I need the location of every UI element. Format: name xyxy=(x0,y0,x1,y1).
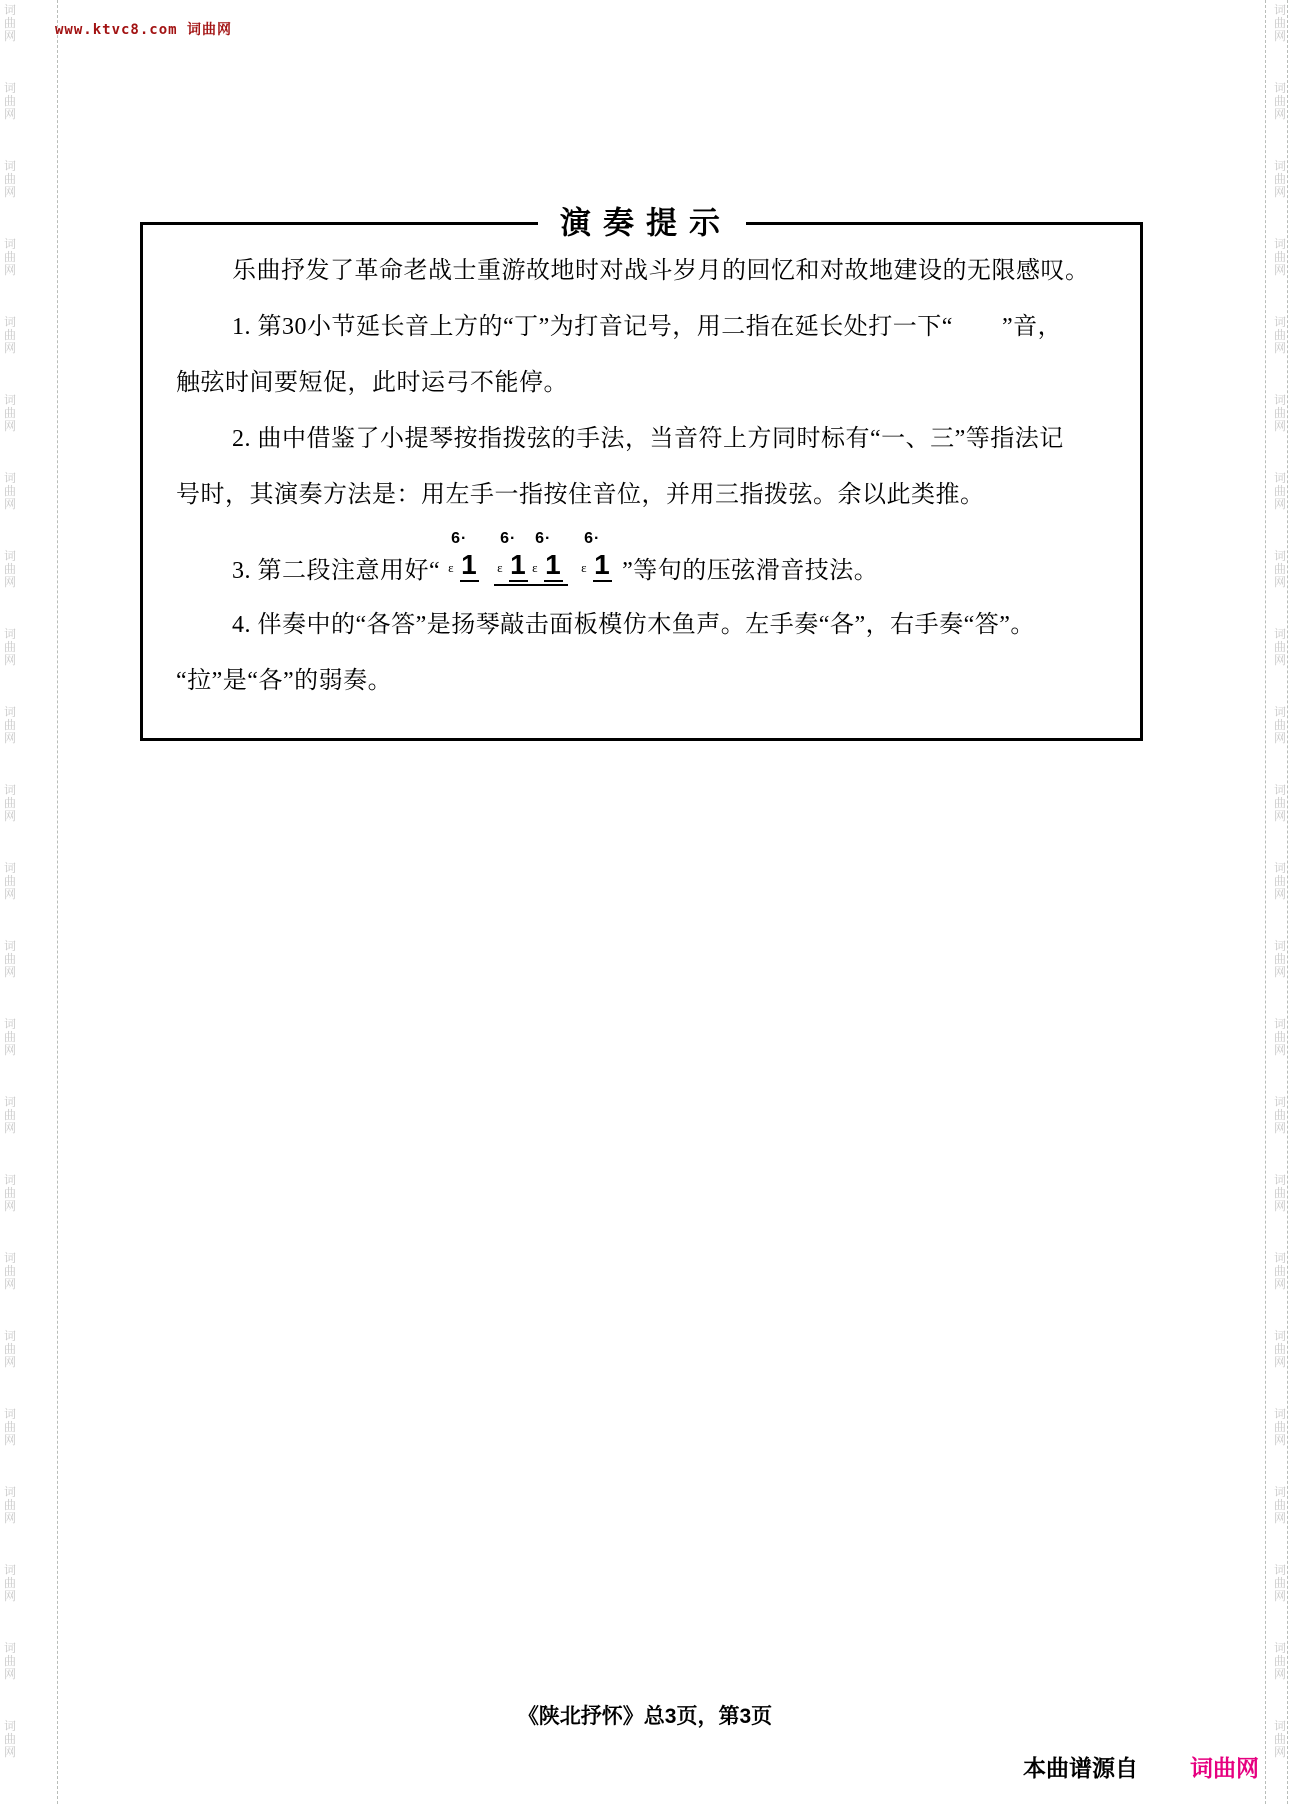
watermark-group: 词曲网 xyxy=(1272,862,1288,901)
tips-item1-line1: 1. 第30小节延长音上方的“丁”为打音记号，用二指在延长处打一下“ ”音， xyxy=(232,306,1062,341)
watermark-group: 词曲网 xyxy=(1272,628,1288,667)
tips-title: 演奏提示 xyxy=(538,198,746,243)
tips-item3-line: 3. 第二段注意用好“ 6·ɛ16·ɛ16·ɛ16·ɛ1 ”等句的压弦滑音技法。 xyxy=(232,528,878,592)
watermark-group: 词曲网 xyxy=(2,160,18,199)
watermark-group: 词曲网 xyxy=(1272,1252,1288,1291)
site-url-link[interactable]: www.ktvc8.com 词曲网 xyxy=(55,19,232,39)
note-unit: 6·ɛ1 xyxy=(531,530,566,582)
tips-item4-line1: 4. 伴奏中的“各答”是扬琴敲击面板模仿木鱼声。左手奏“各”，右手奏“答”。 xyxy=(232,604,1035,639)
watermark-group: 词曲网 xyxy=(2,784,18,823)
jianpu-notation: 6·ɛ16·ɛ16·ɛ16·ɛ1 xyxy=(440,533,622,592)
watermark-group: 词曲网 xyxy=(1272,82,1288,121)
watermark-group: 词曲网 xyxy=(2,1018,18,1057)
sheet-music-tips-page: 词曲网词曲网词曲网词曲网词曲网词曲网词曲网词曲网词曲网词曲网词曲网词曲网词曲网词… xyxy=(0,0,1290,1804)
watermark-group: 词曲网 xyxy=(1272,940,1288,979)
tips-intro-line: 乐曲抒发了革命老战士重游故地时对战斗岁月的回忆和对故地建设的无限感叹。 xyxy=(232,250,1090,285)
watermark-group: 词曲网 xyxy=(1272,784,1288,823)
watermark-group: 词曲网 xyxy=(1272,1330,1288,1369)
tips-item4-line2: “拉”是“各”的弱奏。 xyxy=(176,660,392,695)
left-margin-dashed-line xyxy=(57,0,58,1804)
right-margin-dashed-line xyxy=(1265,0,1266,1804)
watermark-group: 词曲网 xyxy=(2,1642,18,1681)
watermark-group: 词曲网 xyxy=(2,472,18,511)
watermark-group: 词曲网 xyxy=(1272,238,1288,277)
note-group: 6·ɛ16·ɛ1 xyxy=(494,530,568,586)
tips-item3-prefix: 3. 第二段注意用好“ xyxy=(232,550,440,592)
watermark-group: 词曲网 xyxy=(2,82,18,121)
note-group: 6·ɛ1 xyxy=(578,530,617,582)
watermark-group: 词曲网 xyxy=(1272,1174,1288,1213)
watermark-group: 词曲网 xyxy=(1272,1408,1288,1447)
tips-item2-line1: 2. 曲中借鉴了小提琴按指拨弦的手法，当音符上方同时标有“一、三”等指法记 xyxy=(232,418,1064,453)
watermark-group: 词曲网 xyxy=(2,238,18,277)
watermark-group: 词曲网 xyxy=(2,862,18,901)
watermark-group: 词曲网 xyxy=(1272,706,1288,745)
note-unit: 6·ɛ1 xyxy=(580,530,615,582)
watermark-group: 词曲网 xyxy=(1272,472,1288,511)
note-group: 6·ɛ1 xyxy=(445,530,484,582)
watermark-group: 词曲网 xyxy=(2,1096,18,1135)
watermark-group: 词曲网 xyxy=(1272,4,1288,43)
watermark-group: 词曲网 xyxy=(2,1486,18,1525)
watermark-group: 词曲网 xyxy=(1272,1642,1288,1681)
watermark-group: 词曲网 xyxy=(1272,1564,1288,1603)
watermark-group: 词曲网 xyxy=(2,1330,18,1369)
watermark-group: 词曲网 xyxy=(2,1252,18,1291)
tips-item3-suffix: ”等句的压弦滑音技法。 xyxy=(622,550,878,592)
watermark-group: 词曲网 xyxy=(1272,1486,1288,1525)
watermark-group: 词曲网 xyxy=(1272,550,1288,589)
watermark-group: 词曲网 xyxy=(2,706,18,745)
watermark-group: 词曲网 xyxy=(2,316,18,355)
watermark-group: 词曲网 xyxy=(2,394,18,433)
watermark-group: 词曲网 xyxy=(1272,1096,1288,1135)
watermark-group: 词曲网 xyxy=(2,1408,18,1447)
watermark-group: 词曲网 xyxy=(2,628,18,667)
watermark-group: 词曲网 xyxy=(1272,160,1288,199)
watermark-group: 词曲网 xyxy=(2,1174,18,1213)
watermark-group: 词曲网 xyxy=(1272,394,1288,433)
note-unit: 6·ɛ1 xyxy=(496,530,531,582)
footer-page-info: 《陕北抒怀》总3页，第3页 xyxy=(0,1700,1290,1730)
footer-brand-link[interactable]: 词曲网 xyxy=(1190,1750,1259,1783)
watermark-group: 词曲网 xyxy=(2,550,18,589)
footer-source-label: 本曲谱源自 xyxy=(1023,1750,1138,1783)
tips-item1-line2: 触弦时间要短促，此时运弓不能停。 xyxy=(176,362,568,397)
watermark-group: 词曲网 xyxy=(2,940,18,979)
watermark-group: 词曲网 xyxy=(2,4,18,43)
note-unit: 6·ɛ1 xyxy=(447,530,482,582)
watermark-group: 词曲网 xyxy=(1272,316,1288,355)
tips-item2-line2: 号时，其演奏方法是：用左手一指按住音位，并用三指拨弦。余以此类推。 xyxy=(176,474,985,509)
watermark-group: 词曲网 xyxy=(2,1564,18,1603)
footer-source-row: 本曲谱源自 词曲网 xyxy=(1023,1750,1259,1783)
watermark-group: 词曲网 xyxy=(1272,1018,1288,1057)
